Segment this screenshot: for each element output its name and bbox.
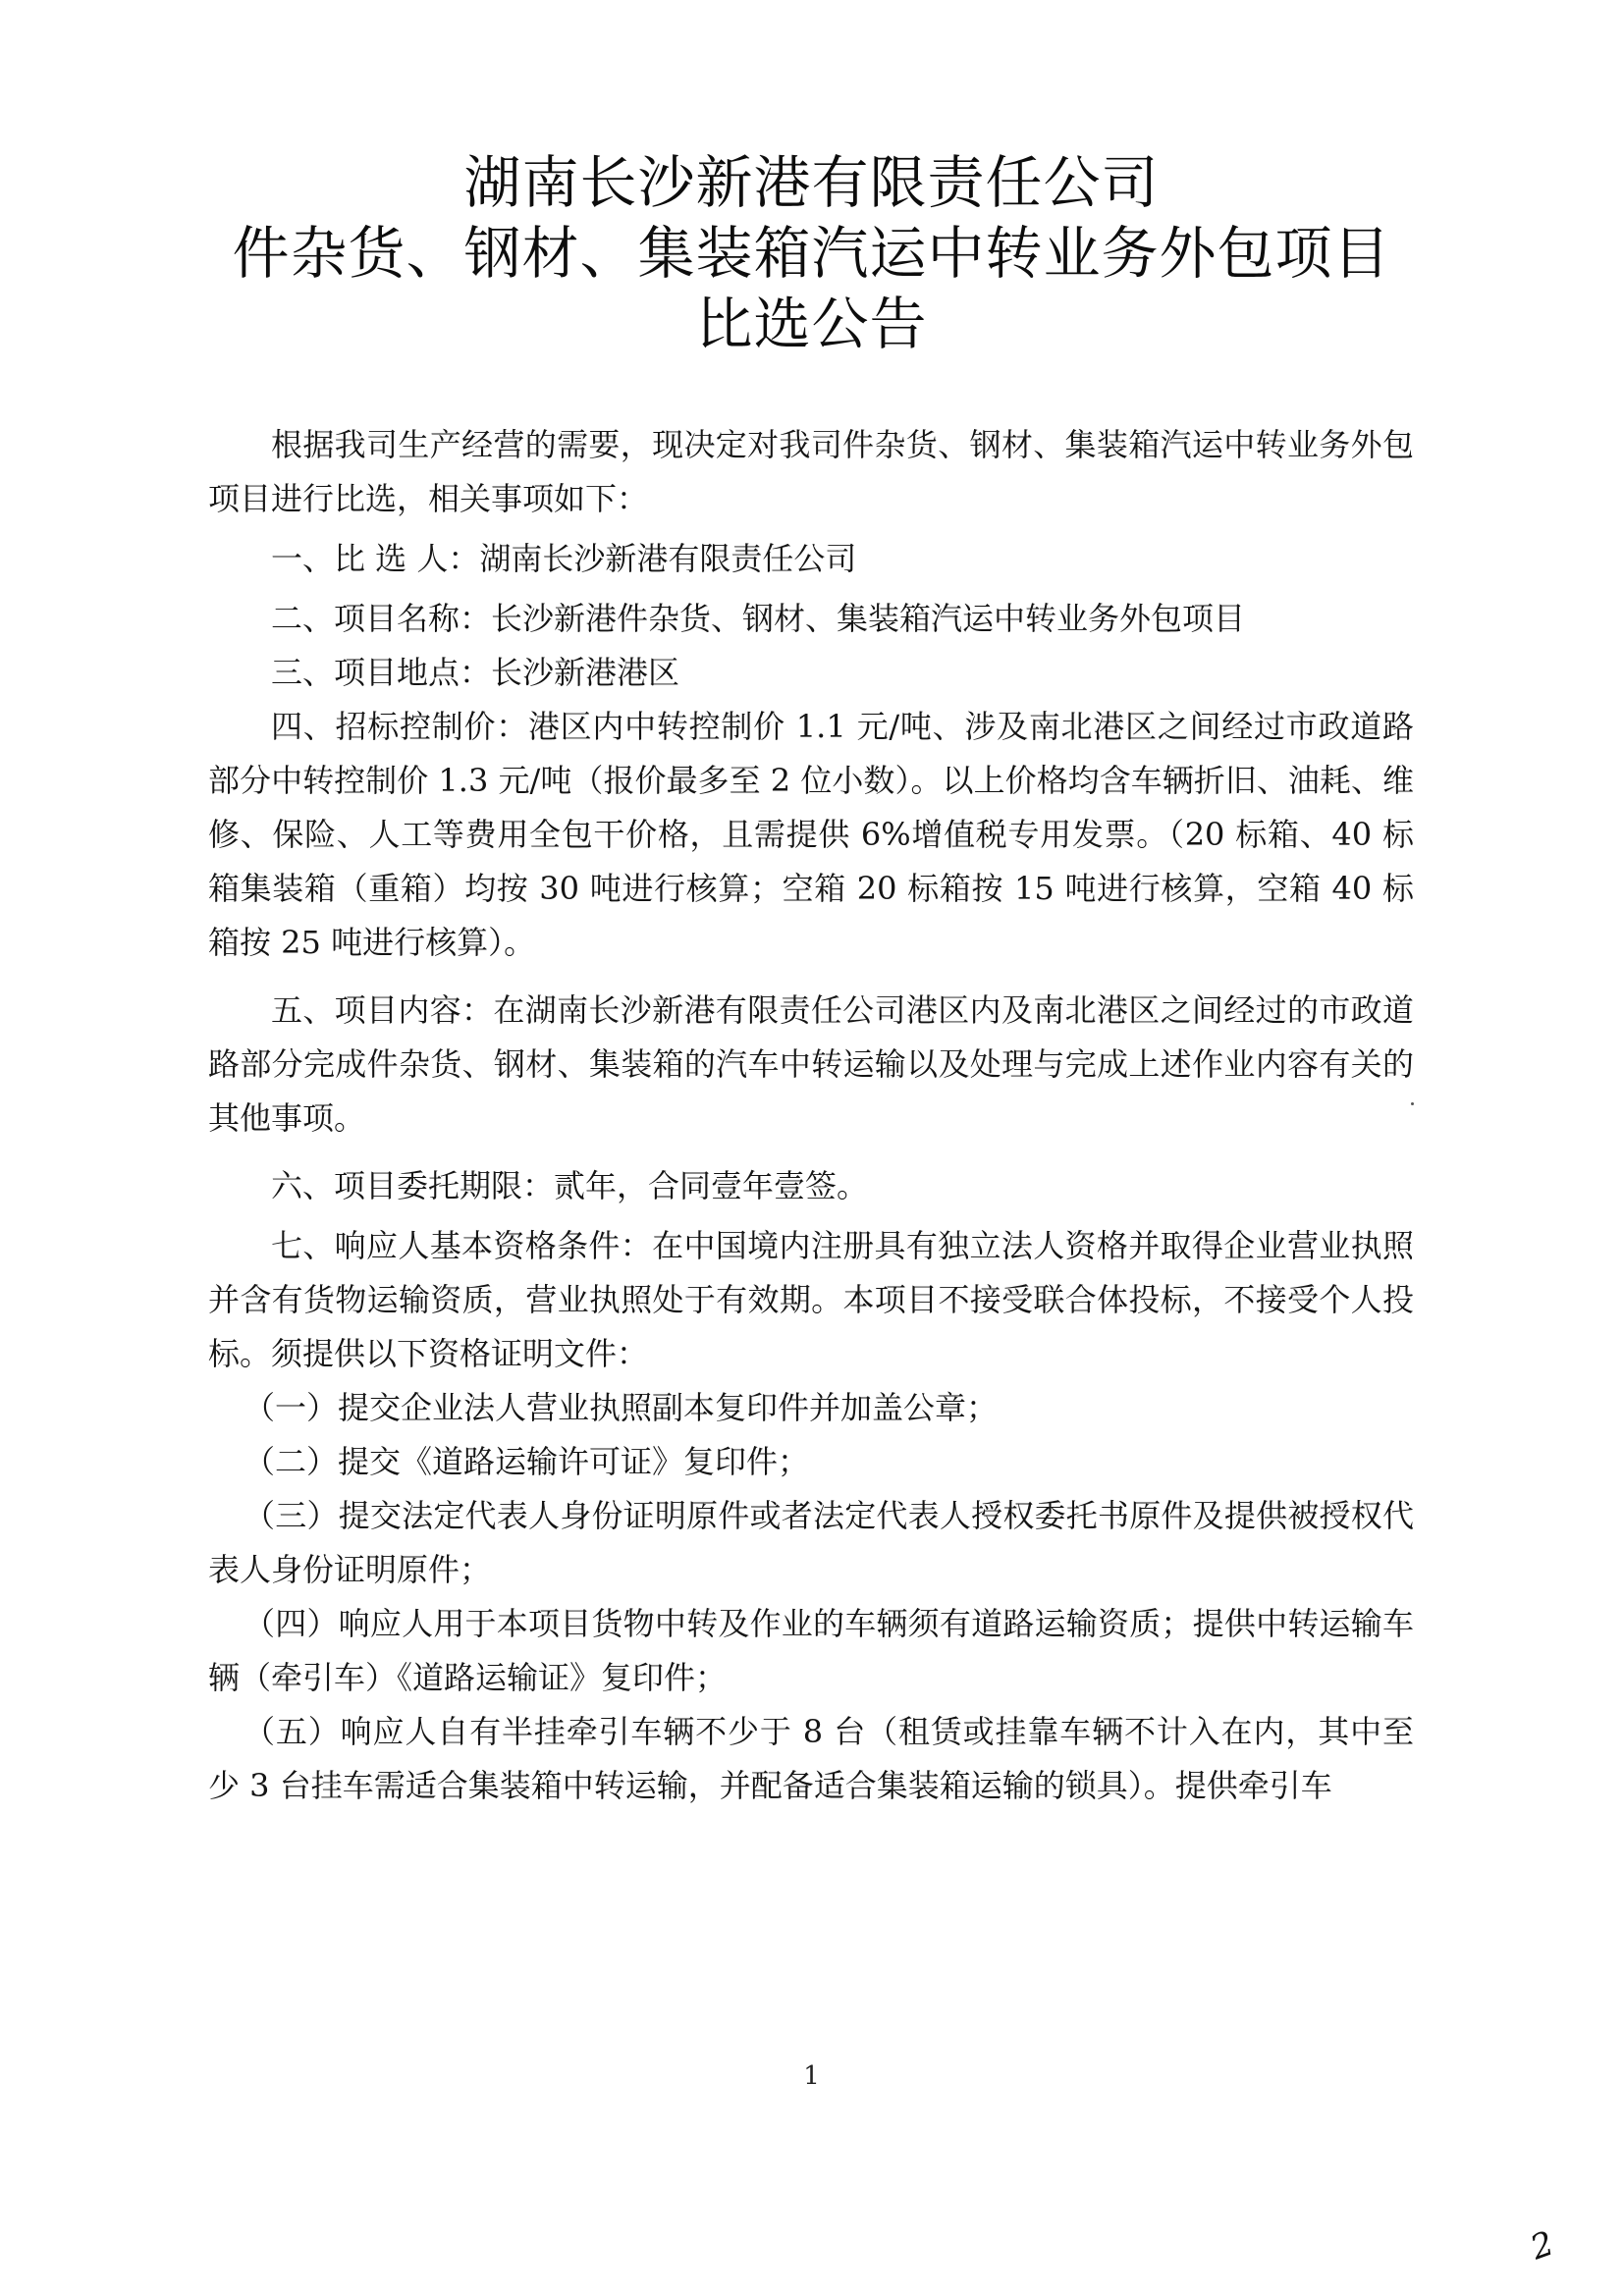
section-project-content: 五、项目内容：在湖南长沙新港有限责任公司港区内及南北港区之间经过的市政道路部分完… [208, 984, 1414, 1146]
document-title: 湖南长沙新港有限责任公司 件杂货、钢材、集装箱汽运中转业务外包项目 比选公告 [0, 147, 1623, 359]
item-label: （三） [243, 1497, 339, 1534]
item-text: 响应人用于本项目货物中转及作业的车辆须有道路运输资质；提供中转运输车辆（牵引车）… [208, 1605, 1414, 1696]
page-number: 1 [0, 2061, 1623, 2091]
section-qualifications: 七、响应人基本资格条件：在中国境内注册具有独立法人资格并取得企业营业执照并含有货… [208, 1219, 1414, 1381]
document-page: 湖南长沙新港有限责任公司 件杂货、钢材、集装箱汽运中转业务外包项目 比选公告 根… [0, 0, 1623, 2296]
title-notice: 比选公告 [0, 289, 1623, 359]
section-label: 二、项目名称： [271, 600, 491, 637]
item-label: （五） [243, 1713, 341, 1750]
item-text: 响应人自有半挂牵引车辆不少于 8 台（租赁或挂靠车辆不计入在内，其中至少 3 台… [208, 1713, 1414, 1804]
qualification-item-4: （四）响应人用于本项目货物中转及作业的车辆须有道路运输资质；提供中转运输车辆（牵… [208, 1597, 1414, 1705]
section-control-price: 四、招标控制价：港区内中转控制价 1.1 元/吨、涉及南北港区之间经过市政道路部… [208, 700, 1414, 970]
section-label: 三、项目地点： [271, 654, 491, 691]
intro-paragraph: 根据我司生产经营的需要，现决定对我司件杂货、钢材、集装箱汽运中转业务外包项目进行… [208, 418, 1414, 526]
qualification-item-3: （三）提交法定代表人身份证明原件或者法定代表人授权委托书原件及提供被授权代表人身… [208, 1489, 1414, 1597]
section-label: 七、响应人基本资格条件： [271, 1227, 652, 1264]
section-text: 长沙新港港区 [491, 654, 679, 691]
item-text: 提交《道路运输许可证》复印件； [338, 1443, 809, 1480]
scan-artifact [1411, 1102, 1414, 1105]
item-label: （二） [243, 1443, 338, 1480]
item-label: （一） [243, 1389, 338, 1426]
section-project-name: 二、项目名称：长沙新港件杂货、钢材、集装箱汽运中转业务外包项目 [208, 592, 1414, 646]
qualification-item-5: （五）响应人自有半挂牵引车辆不少于 8 台（租赁或挂靠车辆不计入在内，其中至少 … [208, 1705, 1414, 1813]
section-text: 长沙新港件杂货、钢材、集装箱汽运中转业务外包项目 [491, 600, 1245, 637]
section-label: 一、比 选 人： [271, 540, 479, 577]
section-project-location: 三、项目地点：长沙新港港区 [208, 646, 1414, 700]
item-text: 提交企业法人营业执照副本复印件并加盖公章； [338, 1389, 998, 1426]
document-body: 根据我司生产经营的需要，现决定对我司件杂货、钢材、集装箱汽运中转业务外包项目进行… [208, 418, 1414, 1813]
title-company: 湖南长沙新港有限责任公司 [0, 147, 1623, 218]
title-project: 件杂货、钢材、集装箱汽运中转业务外包项目 [0, 218, 1623, 289]
section-term: 六、项目委托期限：贰年，合同壹年壹签。 [208, 1159, 1414, 1213]
section-label: 四、招标控制价： [271, 708, 528, 745]
qualification-item-2: （二）提交《道路运输许可证》复印件； [208, 1435, 1414, 1489]
qualification-item-1: （一）提交企业法人营业执照副本复印件并加盖公章； [208, 1381, 1414, 1435]
section-text: 港区内中转控制价 1.1 元/吨、涉及南北港区之间经过市政道路部分中转控制价 1… [208, 708, 1414, 961]
section-label: 五、项目内容： [271, 991, 493, 1029]
section-bidder: 一、比 选 人：湖南长沙新港有限责任公司 [208, 532, 1414, 586]
intro-text: 根据我司生产经营的需要，现决定对我司件杂货、钢材、集装箱汽运中转业务外包项目进行… [208, 426, 1414, 517]
section-label: 六、项目委托期限： [271, 1167, 554, 1204]
item-text: 提交法定代表人身份证明原件或者法定代表人授权委托书原件及提供被授权代表人身份证明… [208, 1497, 1414, 1588]
handwritten-page-mark: 2 [1526, 2224, 1559, 2269]
item-label: （四） [243, 1605, 339, 1642]
section-text: 湖南长沙新港有限责任公司 [479, 540, 856, 577]
section-text: 贰年，合同壹年壹签。 [554, 1167, 868, 1204]
